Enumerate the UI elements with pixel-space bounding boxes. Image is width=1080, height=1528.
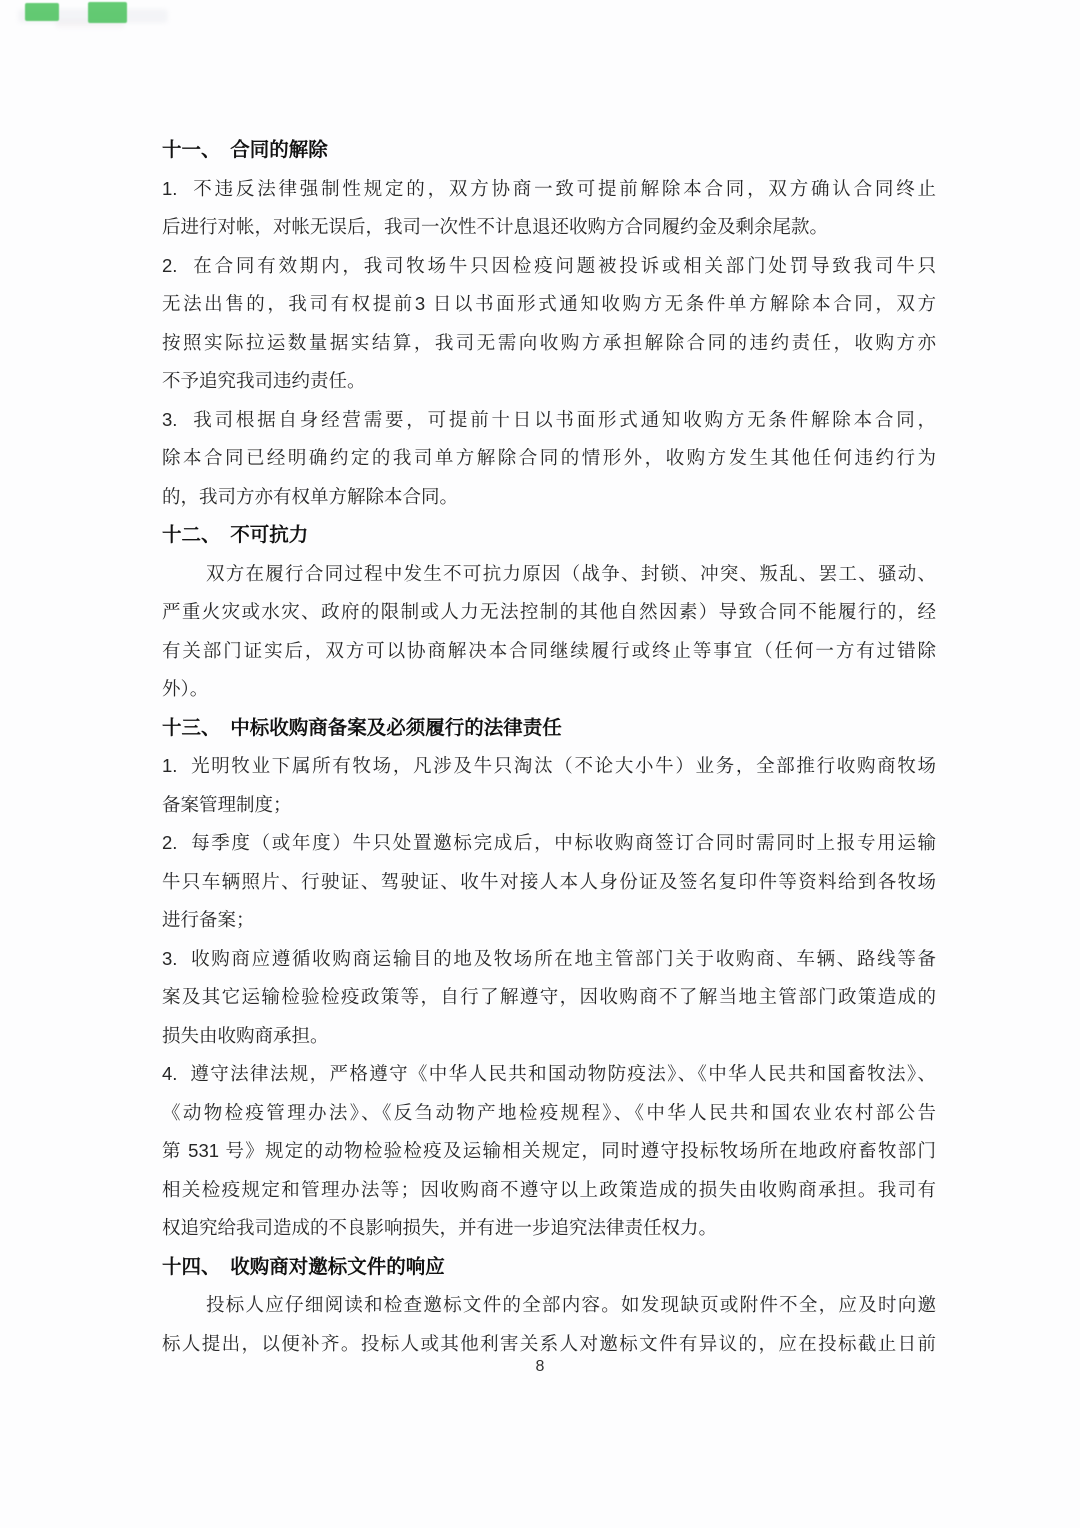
text-line: 不予追究我司违约责任。 (162, 362, 936, 401)
text-line: 损失由收购商承担。 (162, 1017, 936, 1056)
text-line: 3. 我司根据自身经营需要，可提前十日以书面形式通知收购方无条件解除本合同， (162, 401, 936, 440)
section-heading: 十二、 不可抗力 (162, 516, 936, 555)
document-body: 十一、 合同的解除1. 不违反法律强制性规定的，双方协商一致可提前解除本合同，双… (162, 131, 936, 1363)
text-line: 有关部门证实后，双方可以协商解决本合同继续履行或终止等事宜（任何一方有过错除 (162, 632, 936, 671)
text-line: 1. 光明牧业下属所有牧场，凡涉及牛只淘汰（不论大小牛）业务，全部推行收购商牧场 (162, 747, 936, 786)
text-line: 按照实际拉运数量据实结算，我司无需向收购方承担解除合同的违约责任，收购方亦 (162, 324, 936, 363)
section-heading: 十一、 合同的解除 (162, 131, 936, 170)
text-line: 4. 遵守法律法规，严格遵守《中华人民共和国动物防疫法》、《中华人民共和国畜牧法… (162, 1055, 936, 1094)
text-line: 2. 每季度（或年度）牛只处置邀标完成后，中标收购商签订合同时需同时上报专用运输 (162, 824, 936, 863)
text-line: 相关检疫规定和管理办法等；因收购商不遵守以上政策造成的损失由收购商承担。我司有 (162, 1171, 936, 1210)
text-line: 3. 收购商应遵循收购商运输目的地及牧场所在地主管部门关于收购商、车辆、路线等备 (162, 940, 936, 979)
text-line: 权追究给我司造成的不良影响损失，并有进一步追究法律责任权力。 (162, 1209, 936, 1248)
text-line: 案及其它运输检验检疫政策等，自行了解遵守，因收购商不了解当地主管部门政策造成的 (162, 978, 936, 1017)
green-highlight-mark-1 (25, 3, 59, 21)
text-line: 无法出售的，我司有权提前3 日以书面形式通知收购方无条件单方解除本合同，双方 (162, 285, 936, 324)
text-line: 《动物检疫管理办法》、《反刍动物产地检疫规程》、《中华人民共和国农业农村部公告 (162, 1094, 936, 1133)
text-line: 第 531 号》规定的动物检验检疫及运输相关规定，同时遵守投标牧场所在地政府畜牧… (162, 1132, 936, 1171)
text-line: 的，我司方亦有权单方解除本合同。 (162, 478, 936, 517)
text-line: 投标人应仔细阅读和检查邀标文件的全部内容。如发现缺页或附件不全，应及时向邀 (162, 1286, 936, 1325)
text-line: 后进行对帐，对帐无误后，我司一次性不计息退还收购方合同履约金及剩余尾款。 (162, 208, 936, 247)
section-heading: 十三、 中标收购商备案及必须履行的法律责任 (162, 709, 936, 748)
text-line: 外）。 (162, 670, 936, 709)
text-line: 进行备案； (162, 901, 936, 940)
text-line: 2. 在合同有效期内，我司牧场牛只因检疫问题被投诉或相关部门处罚导致我司牛只 (162, 247, 936, 286)
text-line: 1. 不违反法律强制性规定的，双方协商一致可提前解除本合同，双方确认合同终止 (162, 170, 936, 209)
page-number: 8 (0, 1352, 1080, 1382)
text-line: 牛只车辆照片、行驶证、驾驶证、收牛对接人本人身份证及签名复印件等资料给到各牧场 (162, 863, 936, 902)
green-highlight-mark-2 (88, 2, 127, 23)
section-heading: 十四、 收购商对邀标文件的响应 (162, 1248, 936, 1287)
text-line: 严重火灾或水灾、政府的限制或人力无法控制的其他自然因素）导致合同不能履行的，经 (162, 593, 936, 632)
text-line: 双方在履行合同过程中发生不可抗力原因（战争、封锁、冲突、叛乱、罢工、骚动、 (162, 555, 936, 594)
text-line: 除本合同已经明确约定的我司单方解除合同的情形外，收购方发生其他任何违约行为 (162, 439, 936, 478)
text-line: 备案管理制度； (162, 786, 936, 825)
document-page: 十一、 合同的解除1. 不违反法律强制性规定的，双方协商一致可提前解除本合同，双… (0, 0, 1080, 1528)
